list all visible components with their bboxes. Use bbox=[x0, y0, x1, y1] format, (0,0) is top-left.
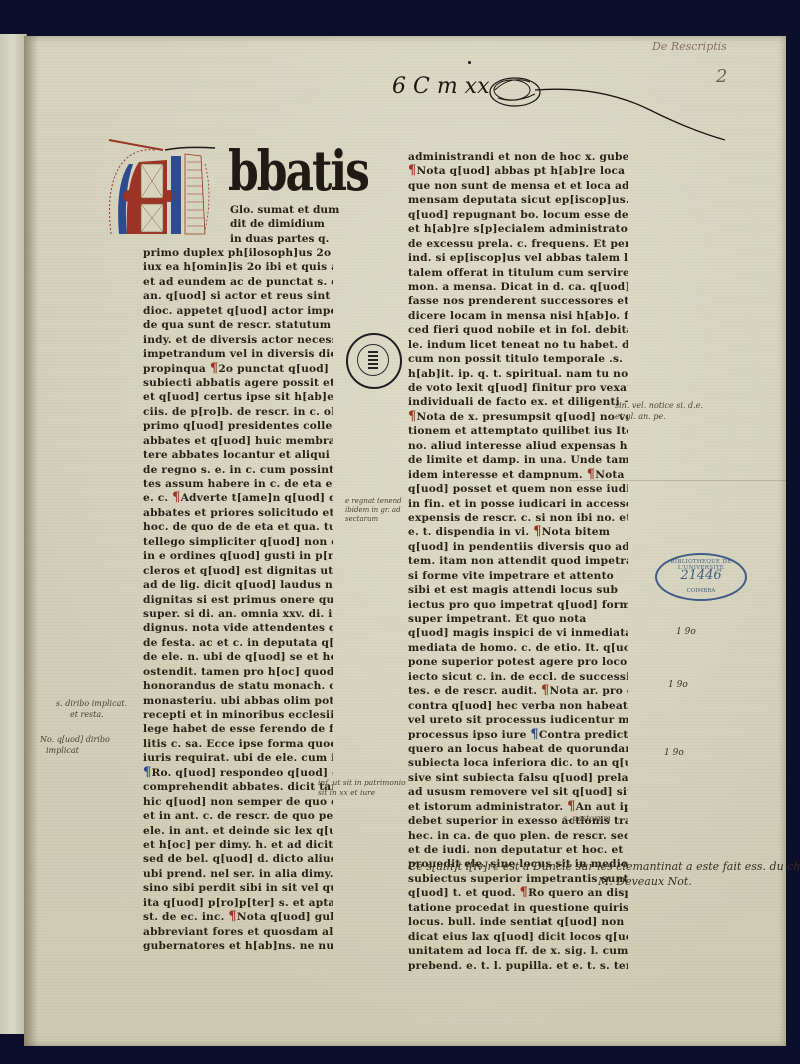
text-line: iectus pro quo impetrat q[uod] forme bbox=[408, 598, 628, 612]
text-line: expensis de rescr. c. si non ibi no. et bbox=[408, 511, 628, 525]
note-line: Ce s[ain]t l[iv]re est a Duncle sur les … bbox=[408, 860, 719, 873]
text-column-left: primo duplex ph[ilosoph]us 2o d[icitu]r … bbox=[143, 246, 333, 953]
text-line: indy. et de diversis actor necesse ad bbox=[143, 333, 333, 347]
paragraph-mark-icon: ¶ bbox=[530, 728, 538, 742]
text-line: si forme vite impetrare et attento bbox=[408, 569, 628, 583]
text-line: ¶Nota q[uod] abbas pt h[ab]re loca subie… bbox=[408, 164, 628, 178]
text-line: ced fieri quod nobile et in fol. debita.… bbox=[408, 323, 628, 337]
text-line: e. c. ¶Adverte t[ame]n q[uod] dicit laud… bbox=[143, 491, 333, 505]
text-line: q[uod] posset et quem non esse iudicem bbox=[408, 482, 628, 496]
text-line: dicere locam in mensa nisi h[ab]o. fueri… bbox=[408, 309, 628, 323]
text-line: vel ureto sit processus iudicentur mille bbox=[408, 713, 628, 727]
marginal-mark: 1 9o bbox=[668, 680, 688, 690]
incipit-word: bbatis bbox=[228, 140, 368, 204]
text-line: tatione procedat in questione quiris sit bbox=[408, 901, 628, 915]
text-line: super. si di. an. omnia xxv. di. in ca s… bbox=[143, 607, 333, 621]
marginal-note-middle-1: e regnat tenend ibidem in gr. ad sectaru… bbox=[345, 497, 402, 524]
text-line: que non sunt de mensa et et loca ad bbox=[408, 179, 628, 193]
text-line: pone superior potest agere pro loco sub bbox=[408, 655, 628, 669]
text-line: q[uod] magis inspici de vi inmediata qua… bbox=[408, 626, 628, 640]
text-line: h[ab]it. ip. q. t. spiritual. nam tu no.… bbox=[408, 367, 628, 381]
ownership-note: Ce s[ain]t l[iv]re est a Duncle sur les … bbox=[408, 859, 800, 889]
marginal-line: et gl. an. pe. bbox=[615, 411, 703, 422]
text-line: gubernatores et h[ab]ns. ne nu nuda pral… bbox=[143, 939, 333, 953]
text-line: locus. bull. inde sentiat q[uod] non pre… bbox=[408, 915, 628, 929]
text-line: de regno s. e. in c. cum possint in abba bbox=[143, 463, 333, 477]
marginal-line: e regnat tenend bbox=[345, 497, 402, 506]
text-line: contra q[uod] hec verba non habeat proce… bbox=[408, 699, 628, 713]
text-line: et h[oc] per dimy. h. et ad dicit non po… bbox=[143, 838, 333, 852]
text-line: ubi prend. nel ser. in alia dimy. ad per bbox=[143, 867, 333, 881]
paragraph-mark-icon: ¶ bbox=[567, 800, 575, 814]
text-line: dignus. nota vide attendentes q[uod] sen… bbox=[143, 621, 333, 635]
marginal-note-middle-2: inf. ut sit in patrimonio sit in xx et i… bbox=[318, 778, 406, 798]
paragraph-mark-icon: ¶ bbox=[533, 525, 541, 539]
text-line: super impetrant. Et quo nota bbox=[408, 612, 628, 626]
marginal-line: sin. vel. notice si. d.e. bbox=[615, 400, 703, 411]
marginal-line: s. diribo implicat. bbox=[56, 698, 127, 709]
text-line: iuris requirat. ubi de ele. cum in cunct… bbox=[143, 751, 333, 765]
text-line: de qua sunt de rescr. statutum s. cu. ad bbox=[143, 318, 333, 332]
text-line: no. aliud interesse aliud expensas hodie bbox=[408, 439, 628, 453]
text-line: tes assum habere in c. de eta et qualit. bbox=[143, 477, 333, 491]
text-line: hoc. de quo de de eta et qua. tua. hic i… bbox=[143, 520, 333, 534]
paragraph-mark-icon: ¶ bbox=[408, 410, 416, 424]
text-line: st. de ec. inc. ¶Nota q[uod] gubernatore… bbox=[143, 910, 333, 924]
text-line: ad ususm removere vel sit q[uod] sit spr… bbox=[408, 785, 628, 799]
text-line: talem offerat in titulum cum servire bbox=[408, 266, 628, 280]
text-line: Glo. sumat et dum bbox=[230, 203, 339, 217]
text-line: subiecta loca inferiora dic. to an q[uod… bbox=[408, 756, 628, 770]
illuminated-initial-a-icon bbox=[105, 134, 223, 244]
text-line: individuali de facto ex. et diligenti ~ bbox=[408, 395, 628, 409]
text-line: q[uod] in pendentiis diversis quo ad car bbox=[408, 540, 628, 554]
marginal-line: No. q[uod] diribo bbox=[40, 734, 110, 745]
text-line: honorandus de statu monach. c. in ad bbox=[143, 679, 333, 693]
paragraph-mark-icon: ¶ bbox=[210, 362, 218, 376]
text-line: dit de dimidium bbox=[230, 217, 339, 231]
text-line: et istorum administrator. ¶An aut ipsa bbox=[408, 800, 628, 814]
text-line: q[uod] repugnant bo. locum esse de mensa bbox=[408, 208, 628, 222]
text-line: abbates et q[uod] huic membra subiecta p… bbox=[143, 434, 333, 448]
text-line: in duas partes q. bbox=[230, 232, 339, 246]
library-stamp-round bbox=[346, 333, 402, 389]
text-line: et de iudi. non deputatur et hoc. et q[u… bbox=[408, 843, 628, 857]
text-line: in fin. et in posse iudicari in accessor… bbox=[408, 497, 628, 511]
text-line: ¶Nota de x. presumpsit q[uod] no vexa bbox=[408, 410, 628, 424]
text-line: iecto sicut c. in. de eccl. de successio… bbox=[408, 670, 628, 684]
text-line: abbreviant fores et quosdam alios alii bbox=[143, 925, 333, 939]
text-line: ciis. de p[ro]b. de rescr. in c. olim. ¶… bbox=[143, 405, 333, 419]
marginal-note-left-1: s. diribo implicat. et resta. bbox=[56, 698, 127, 720]
text-line: de excessu prela. c. frequens. Et per ho… bbox=[408, 237, 628, 251]
marginal-line: implicat bbox=[40, 745, 110, 756]
text-line: de ele. n. ubi de q[uod] se et hoc tener bbox=[143, 650, 333, 664]
ink-speck bbox=[468, 61, 471, 64]
text-line: hic q[uod] non semper de quo de rescr. f… bbox=[143, 795, 333, 809]
price-note: 6 C m xx bbox=[392, 74, 490, 99]
text-line: comprehendit abbates. dicit tamen glosa bbox=[143, 780, 333, 794]
gutter-shadow bbox=[24, 36, 38, 1046]
text-line: dioc. appetet q[uod] actor impetret in d… bbox=[143, 304, 333, 318]
binding-strip bbox=[0, 34, 27, 1034]
text-line: dicat eius lax q[uod] dicit locos q[uod]… bbox=[408, 930, 628, 944]
text-line: tes. e de rescr. audit. ¶Nota ar. pro et bbox=[408, 684, 628, 698]
text-line: ele. in ant. et deinde sic lex q[uod] r. bbox=[143, 824, 333, 838]
text-line: de voto lexit q[uod] finitur pro vexator… bbox=[408, 381, 628, 395]
text-line: processus ipso iure ¶Contra predicta bbox=[408, 728, 628, 742]
text-line: propinqua ¶2o punctat q[uod] pro membro bbox=[143, 362, 333, 376]
text-line: et in ant. c. de rescr. de quo per lig. … bbox=[143, 809, 333, 823]
text-line: de limite et damp. in una. Unde tamen bbox=[408, 453, 628, 467]
text-line: monasteriu. ubi abbas olim potrat ad bbox=[143, 694, 333, 708]
paragraph-mark-icon: ¶ bbox=[172, 491, 180, 505]
text-line: ostendit. tamen pro h[oc] quod est pars bbox=[143, 665, 333, 679]
text-line: administrandi et non de hoc x. gubernato… bbox=[408, 150, 628, 164]
text-line: an. q[uod] si actor et reus sint eiusdem bbox=[143, 289, 333, 303]
text-line: tellego simpliciter q[uod] non est certe… bbox=[143, 535, 333, 549]
stamp-oval-number: 21446 bbox=[657, 568, 745, 583]
text-line: mensam deputata sicut ep[iscop]us. Et no… bbox=[408, 193, 628, 207]
first-lines-block: Glo. sumat et dum dit de dimidium in dua… bbox=[230, 203, 339, 246]
text-line: cum non possit titulo temporale .s. bbox=[408, 352, 628, 366]
text-line: primo q[uod] presidentes collegiis h[ab]… bbox=[143, 419, 333, 433]
paragraph-mark-icon: ¶ bbox=[587, 468, 595, 482]
text-line: dignitas si est primus onere quo est sem bbox=[143, 593, 333, 607]
text-line: quero an locus habeat de quorundam sint bbox=[408, 742, 628, 756]
ink-speck bbox=[544, 920, 547, 923]
text-line: ¶Ro. q[uod] respondeo q[uod] d. a. b. bbox=[143, 766, 333, 780]
text-line: sibi et est magis attendi locus sub bbox=[408, 583, 628, 597]
text-line: et q[uod] certus ipse sit h[ab]et. inita… bbox=[143, 390, 333, 404]
text-line: et ad eundem ac de punctat s. d. bbox=[143, 275, 333, 289]
text-line: lege habet de esse ferendo de fup. neg. … bbox=[143, 722, 333, 736]
text-line: primo duplex ph[ilosoph]us 2o d[icitu]r … bbox=[143, 246, 333, 260]
library-stamp-oval: BIBLIOTHEQUE DE L'UNIVERSITE 21446 COIMB… bbox=[655, 553, 747, 601]
marginal-line: sit in xx et iure bbox=[318, 788, 406, 798]
marginal-line: et resta. bbox=[56, 709, 127, 720]
text-line: idem interesse et dampnum. ¶Nota bbox=[408, 468, 628, 482]
text-line: tem. itam non attendit quod impetrant bbox=[408, 554, 628, 568]
marginal-line: sectarum bbox=[345, 515, 402, 524]
text-line: unitatem ad loca ff. de x. sig. l. cum i… bbox=[408, 944, 628, 958]
text-column-right: administrandi et non de hoc x. gubernato… bbox=[408, 150, 628, 973]
text-line: recepti et in minoribus ecclesiis q[uod]… bbox=[143, 708, 333, 722]
text-line: ad de lig. dicit q[uod] laudus notavit s… bbox=[143, 578, 333, 592]
text-line: mediata de homo. c. de etio. It. q[uod] bbox=[408, 641, 628, 655]
text-line: impetrandum vel in diversis dioc. vel in bbox=[143, 347, 333, 361]
text-line: prebend. e. t. l. pupilla. et e. t. s. t… bbox=[408, 959, 628, 973]
paragraph-mark-icon: ¶ bbox=[408, 164, 416, 178]
text-line: hec. in ca. de quo plen. de rescr. sed c… bbox=[408, 829, 628, 843]
text-line: ind. si ep[iscop]us vel abbas talem locu… bbox=[408, 251, 628, 265]
pen-flourish-icon bbox=[480, 70, 740, 150]
text-line: e. t. dispendia in vi. ¶Nota bitem bbox=[408, 525, 628, 539]
note-line: fait ess. du chastel par signe d. Covens… bbox=[723, 860, 800, 873]
text-line: sed de bel. q[uod] d. dicto aliud non im… bbox=[143, 852, 333, 866]
paragraph-mark-icon: ¶ bbox=[143, 766, 151, 780]
notary-signature: M. Deveaux Not. bbox=[408, 874, 800, 889]
shelfmark-note: De Rescriptis bbox=[652, 40, 727, 53]
marginal-line: ibidem in gr. ad bbox=[345, 506, 402, 515]
paragraph-mark-icon: ¶ bbox=[541, 684, 549, 698]
marginal-note-left-2: No. q[uod] diribo implicat bbox=[40, 734, 110, 756]
text-line: tionem et attemptato quilibet ius Item bbox=[408, 424, 628, 438]
marginal-line: inf. ut sit in patrimonio bbox=[318, 778, 406, 788]
text-line: cleros et q[uod] est dignitas ut statim … bbox=[143, 564, 333, 578]
stamp-oval-bottom-text: COIMBRA bbox=[657, 588, 745, 594]
text-line: mon. a mensa. Dicat in d. ca. q[uod] col… bbox=[408, 280, 628, 294]
text-line: in e ordines q[uod] gusti in p[ri]ncipio… bbox=[143, 549, 333, 563]
marginal-mark: 1 9o bbox=[664, 748, 684, 758]
text-line: sino sibi perdit sibi in sit vel qui bbox=[143, 881, 333, 895]
text-line: fasse nos prenderent successores etiam a… bbox=[408, 294, 628, 308]
text-line: le. indum licet teneat no tu habet. de bbox=[408, 338, 628, 352]
text-line: ita q[uod] p[ro]p[ter] s. et aptari incu… bbox=[143, 896, 333, 910]
paragraph-mark-icon: ¶ bbox=[228, 910, 236, 924]
text-line: iux ea h[omin]is 2o ibi et quis autem bbox=[143, 260, 333, 274]
text-line: sive sint subiecta falsu q[uod] prelati … bbox=[408, 771, 628, 785]
text-line: de festa. ac et c. in deputata q[uod] bo… bbox=[143, 636, 333, 650]
marginal-mark: 1 9o bbox=[676, 627, 696, 637]
text-line: subiecti abbatis agere possit et appella… bbox=[143, 376, 333, 390]
marginal-note-middle-3: s. pastorum bbox=[563, 813, 611, 824]
text-line: litis c. sa. Ecce ipse forma quod bbox=[143, 737, 333, 751]
marginal-note-right: sin. vel. notice si. d.e. et gl. an. pe. bbox=[615, 400, 703, 422]
text-line: tere abbates locantur et aliqui priores bbox=[143, 448, 333, 462]
text-line: abbates et priores solicitudo et honore … bbox=[143, 506, 333, 520]
text-line: et h[ab]re s[p]ecialem administratore. d… bbox=[408, 222, 628, 236]
tower-icon bbox=[368, 351, 378, 369]
